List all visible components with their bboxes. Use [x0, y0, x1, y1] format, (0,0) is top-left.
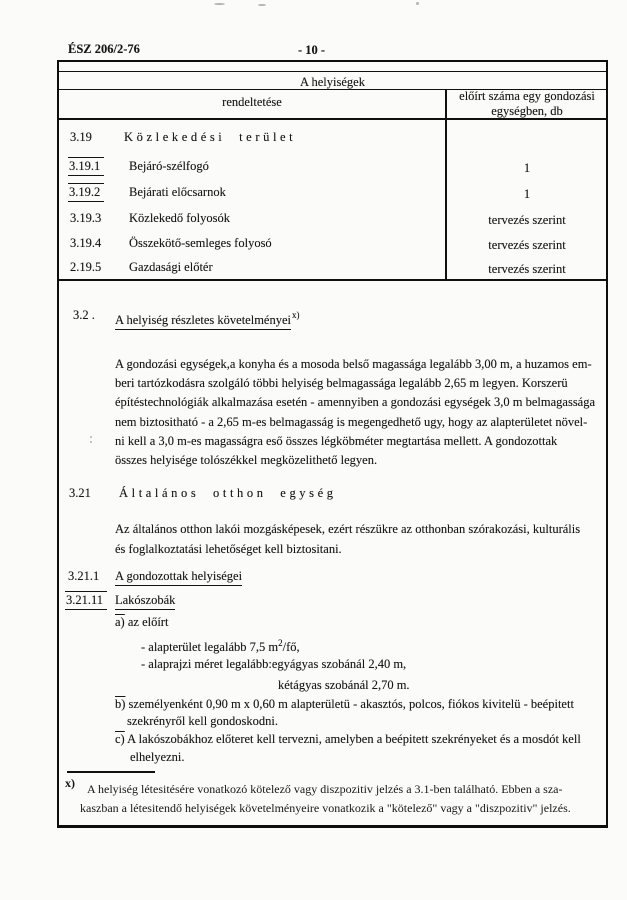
scan-artifact: [258, 4, 266, 6]
row-name: Bejárati előcsarnok: [129, 185, 226, 199]
paragraph-line: ni kell a 3,0 m-es magasságra eső összes…: [115, 432, 595, 451]
row-value: tervezés szerint: [446, 213, 608, 227]
sub-item: - alaprajzi méret legalább:egyágyas szob…: [141, 657, 406, 671]
item-label: c): [115, 732, 125, 746]
list-item-b: b) személyenként 0,90 m x 0,60 m alapter…: [115, 697, 574, 711]
footnote-rule: [67, 771, 155, 773]
row-number: 3.19: [70, 130, 92, 144]
sub-item: kétágyas szobánál 2,70 m.: [278, 678, 410, 692]
item-label: b): [115, 697, 125, 711]
table-row: 3.19.4: [70, 236, 101, 250]
paragraph-line: A gondozási egységek,a konyha és a mosod…: [115, 355, 595, 374]
column-header-purpose: rendeltetése: [59, 95, 445, 109]
footnote-ref: x): [292, 310, 300, 320]
content-frame: A helyiségek rendeltetése előírt száma e…: [57, 60, 608, 828]
section-heading: Általános otthon egység: [119, 486, 337, 500]
row-number: 2.19.5: [70, 260, 101, 274]
column-header-count-line1: előírt száma egy gondozási: [446, 89, 608, 104]
row-name: Bejáró-szélfogó: [129, 159, 209, 173]
table-row: 3.19: [70, 130, 92, 144]
table-bottom-rule: [59, 279, 606, 281]
doc-number: ÉSZ 206/2-76: [68, 42, 140, 56]
row-number: 3.19.4: [70, 236, 101, 250]
section-heading: Lakószobák: [115, 593, 175, 607]
column-header-count: előírt száma egy gondozási egységben, db: [446, 89, 608, 118]
item-text: A lakószobákhoz előteret kell tervezni, …: [127, 732, 581, 746]
document-page: ÉSZ 206/2-76 - 10 - A helyiségek rendelt…: [0, 0, 627, 900]
row-value: tervezés szerint: [446, 238, 608, 252]
section-heading-text: A helyiség részletes követelményei: [115, 313, 291, 330]
list-item-c: c) A lakószobákhoz előteret kell tervezn…: [115, 732, 581, 746]
paragraph-line: összes helyisége tolószékkel megközelith…: [115, 451, 595, 470]
section-paragraph: A gondozási egységek,a konyha és a mosod…: [115, 355, 595, 470]
section-heading: A helyiség részletes követelményeix): [115, 308, 299, 327]
paragraph-line: Az általános otthon lakói mozgásképesek,…: [115, 520, 580, 540]
section-paragraph: Az általános otthon lakói mozgásképesek,…: [115, 520, 580, 559]
item-text-continued: szekrényről kell gondoskodni.: [127, 714, 278, 728]
item-label: a): [115, 615, 125, 629]
footnote-line: A helyiség létesitésére vonatkozó kötele…: [87, 782, 563, 796]
table-row: 3.19.1: [70, 157, 104, 176]
item-text-continued: elhelyezni.: [130, 750, 185, 764]
page-number: - 10 -: [298, 43, 325, 57]
scan-artifact: [214, 3, 225, 5]
table-top-rule: [59, 71, 606, 72]
row-name: Közlekedési terület: [124, 130, 296, 144]
row-name: Közlekedő folyosók: [129, 211, 230, 225]
section-number-text: 3.21.11: [65, 591, 107, 610]
paragraph-line: építéstechnológiák alkalmazása esetén - …: [115, 393, 595, 412]
row-value: 1: [446, 161, 608, 175]
row-name: Gazdasági előtér: [129, 260, 213, 274]
row-number: 3.19.3: [70, 211, 101, 225]
sub-item: - alapterület legalább 7,5 m2/fő,: [141, 636, 300, 654]
table-row: 3.19.2: [70, 183, 104, 202]
scan-artifact: [416, 2, 419, 5]
section-number: 3.21.11: [67, 591, 107, 610]
section-number: 3.21: [69, 486, 91, 500]
paragraph-line: és foglalkoztatási lehetőséget kell bizt…: [115, 540, 580, 560]
column-header-count-line2: egységben, db: [446, 104, 608, 119]
section-heading-text: Lakószobák: [115, 593, 175, 610]
row-number: 3.19.2: [68, 183, 104, 202]
sub-item-text: - alapterület legalább 7,5 m: [141, 640, 278, 654]
item-text: személyenként 0,90 m x 0,60 m alapterüle…: [129, 697, 574, 711]
row-value: tervezés szerint: [446, 262, 608, 276]
footnote-line: kaszban a létesitendő helyiségek követel…: [80, 801, 571, 815]
table-row: 2.19.5: [70, 260, 101, 274]
row-value: 1: [446, 187, 608, 201]
item-text: az előírt: [128, 615, 169, 629]
list-item-a: a) az előírt: [115, 615, 168, 629]
footnote-marker: x): [65, 776, 75, 790]
paragraph-line: nem biztositható - a 2,65 m-es belmagass…: [115, 413, 595, 432]
paragraph-line: beri tartózkodásra szolgáló többi helyis…: [115, 374, 595, 393]
table-title: A helyiségek: [59, 75, 606, 89]
header-bottom-rule: [59, 118, 606, 120]
section-heading-text: A gondozottak helyiségei: [115, 569, 242, 586]
sub-item-text: /fő,: [283, 640, 300, 654]
row-number: 3.19.1: [68, 157, 104, 176]
row-name: Összekötő-semleges folyosó: [129, 236, 272, 250]
section-number: 3.21.1: [68, 569, 99, 583]
table-row: 3.19.3: [70, 211, 101, 225]
section-number: 3.2 .: [73, 308, 95, 322]
section-heading: A gondozottak helyiségei: [115, 569, 242, 583]
